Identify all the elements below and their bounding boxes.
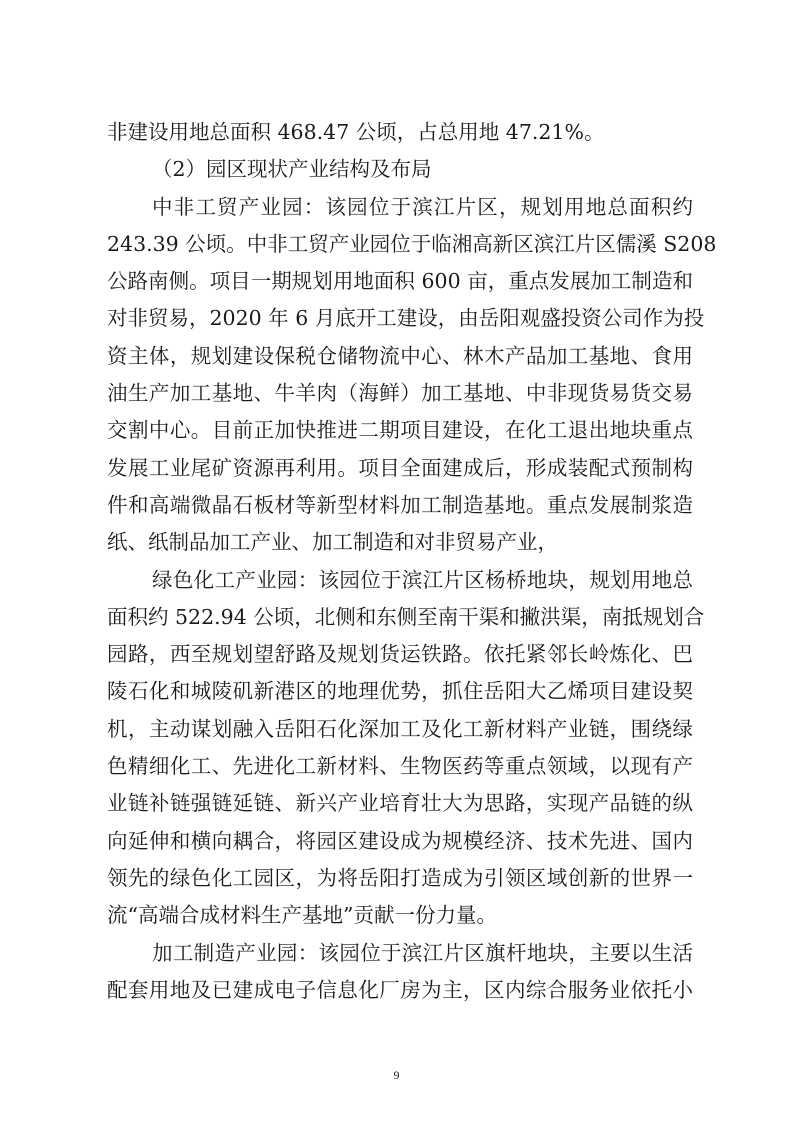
text-line: 对非贸易，2020 年 6 月底开工建设，由岳阳观盛投资公司作为投 [107, 300, 693, 337]
text-line: 业链补链强链延链、新兴产业培育壮大为思路，实现产品链的纵 [107, 785, 693, 822]
text-line: 纸、纸制品加工产业、加工制造和对非贸易产业， [107, 524, 693, 561]
text-line: 发展工业尾矿资源再利用。项目全面建成后，形成装配式预制构 [107, 450, 693, 487]
text-line: 陵石化和城陵矶新港区的地理优势，抓住岳阳大乙烯项目建设契 [107, 673, 693, 710]
text-line: 绿色化工产业园：该园位于滨江片区杨桥地块，规划用地总 [107, 562, 693, 599]
text-line: 中非工贸产业园：该园位于滨江片区，规划用地总面积约 [107, 189, 693, 226]
text-line: 色精细化工、先进化工新材料、生物医药等重点领域，以现有产 [107, 748, 693, 785]
text-line: 流“高端合成材料生产基地”贡献一份力量。 [107, 897, 693, 934]
text-line: 交割中心。目前正加快推进二期项目建设，在化工退出地块重点 [107, 412, 693, 449]
text-line: 243.39 公顷。中非工贸产业园位于临湘高新区滨江片区儒溪 S208 [107, 226, 693, 263]
text-line: 领先的绿色化工园区，为将岳阳打造成为引领区域创新的世界一 [107, 860, 693, 897]
text-line: 配套用地及已建成电子信息化厂房为主，区内综合服务业依托小 [107, 972, 693, 1009]
text-line: 公路南侧。项目一期规划用地面积 600 亩，重点发展加工制造和 [107, 263, 693, 300]
text-line: 加工制造产业园：该园位于滨江片区旗杆地块，主要以生活 [107, 935, 693, 972]
text-line: 油生产加工基地、牛羊肉（海鲜）加工基地、中非现货易货交易 [107, 375, 693, 412]
page-number: 9 [0, 1068, 793, 1083]
text-line: 面积约 522.94 公顷，北侧和东侧至南干渠和撇洪渠，南抵规划合 [107, 599, 693, 636]
text-line: 机，主动谋划融入岳阳石化深加工及化工新材料产业链，围绕绿 [107, 711, 693, 748]
text-line: 园路，西至规划望舒路及规划货运铁路。依托紧邻长岭炼化、巴 [107, 636, 693, 673]
text-line: 件和高端微晶石板材等新型材料加工制造基地。重点发展制浆造 [107, 487, 693, 524]
body-text: 非建设用地总面积 468.47 公顷，占总用地 47.21%。 （2）园区现状产… [107, 114, 693, 1009]
text-line: 向延伸和横向耦合，将园区建设成为规模经济、技术先进、国内 [107, 823, 693, 860]
text-line: 资主体，规划建设保税仓储物流中心、林木产品加工基地、食用 [107, 338, 693, 375]
section-heading: （2）园区现状产业结构及布局 [107, 151, 693, 188]
text-line: 非建设用地总面积 468.47 公顷，占总用地 47.21%。 [107, 114, 693, 151]
document-page: 非建设用地总面积 468.47 公顷，占总用地 47.21%。 （2）园区现状产… [0, 0, 793, 1122]
